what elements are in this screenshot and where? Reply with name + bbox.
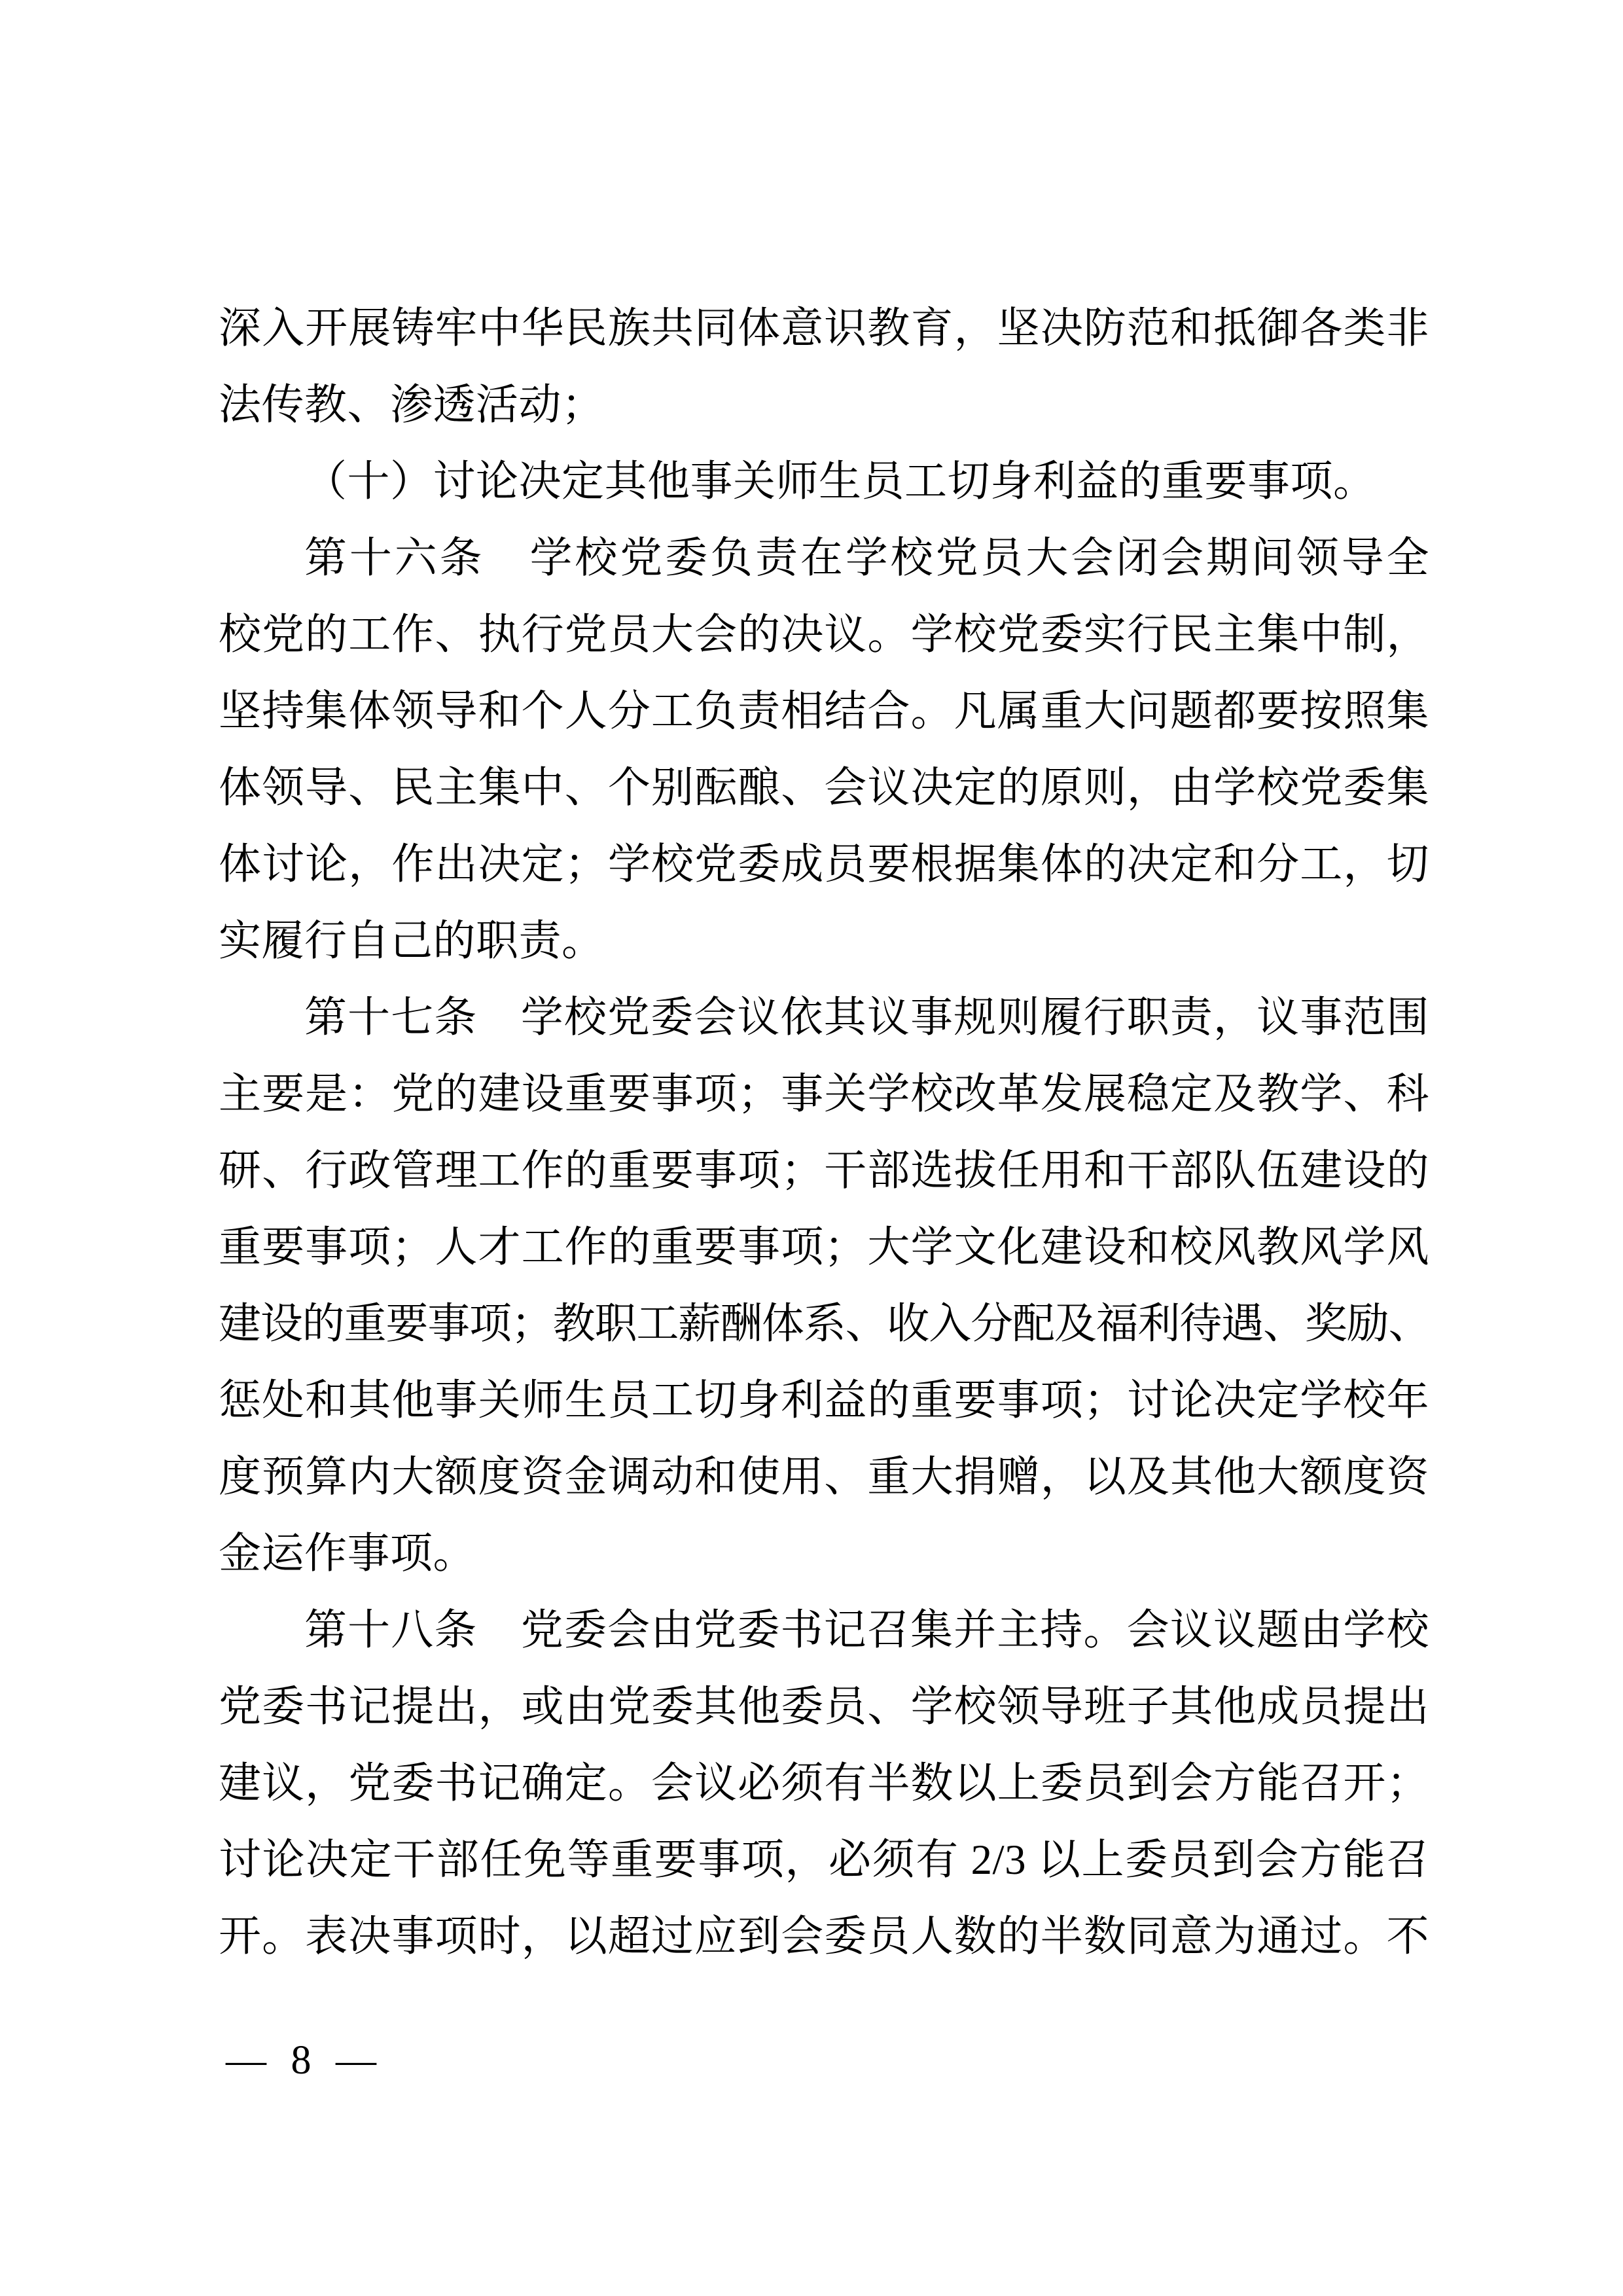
text-line: 讨论决定干部任免等重要事项，必须有 2/3 以上委员到会方能召 (219, 1822, 1429, 1899)
text-line: 主要是：党的建设重要事项；事关学校改革发展稳定及教学、科 (219, 1056, 1429, 1133)
text-line: 第十七条 学校党委会议依其议事规则履行职责，议事范围 (219, 980, 1429, 1056)
text-line: 校党的工作、执行党员大会的决议。学校党委实行民主集中制， (219, 597, 1429, 673)
text-line: 惩处和其他事关师生员工切身利益的重要事项；讨论决定学校年 (219, 1363, 1429, 1439)
text-line: 体领导、民主集中、个别酝酿、会议决定的原则，由学校党委集 (219, 750, 1429, 827)
text-line: 体讨论，作出决定；学校党委成员要根据集体的决定和分工，切 (219, 827, 1429, 903)
text-line: 第十六条 学校党委负责在学校党员大会闭会期间领导全 (219, 520, 1429, 597)
text-line: （十）讨论决定其他事关师生员工切身利益的重要事项。 (219, 444, 1429, 520)
text-line: 金运作事项。 (219, 1516, 1429, 1592)
text-line: 党委书记提出，或由党委其他委员、学校领导班子其他成员提出 (219, 1669, 1429, 1746)
text-line: 重要事项；人才工作的重要事项；大学文化建设和校风教风学风 (219, 1210, 1429, 1286)
text-line: 实履行自己的职责。 (219, 903, 1429, 980)
page-number: — 8 — (226, 2034, 376, 2087)
document-page: 深入开展铸牢中华民族共同体意识教育，坚决防范和抵御各类非 法传教、渗透活动； （… (0, 0, 1623, 2296)
text-line: 建设的重要事项；教职工薪酬体系、收入分配及福利待遇、奖励、 (219, 1286, 1429, 1363)
text-line: 建议，党委书记确定。会议必须有半数以上委员到会方能召开； (219, 1746, 1429, 1822)
text-line: 开。表决事项时，以超过应到会委员人数的半数同意为通过。不 (219, 1899, 1429, 1975)
text-line: 度预算内大额度资金调动和使用、重大捐赠，以及其他大额度资 (219, 1439, 1429, 1516)
text-line: 研、行政管理工作的重要事项；干部选拔任用和干部队伍建设的 (219, 1133, 1429, 1210)
body-text: 深入开展铸牢中华民族共同体意识教育，坚决防范和抵御各类非 法传教、渗透活动； （… (219, 291, 1429, 1975)
text-line: 第十八条 党委会由党委书记召集并主持。会议议题由学校 (219, 1592, 1429, 1669)
text-line: 深入开展铸牢中华民族共同体意识教育，坚决防范和抵御各类非 (219, 291, 1429, 367)
text-line: 法传教、渗透活动； (219, 367, 1429, 444)
text-line: 坚持集体领导和个人分工负责相结合。凡属重大问题都要按照集 (219, 673, 1429, 750)
